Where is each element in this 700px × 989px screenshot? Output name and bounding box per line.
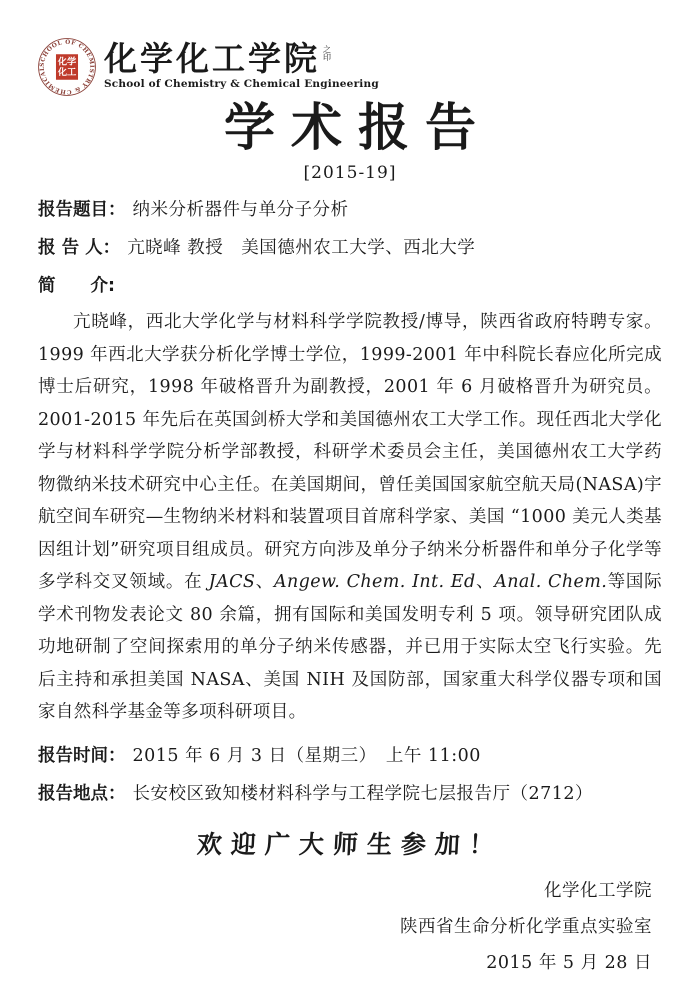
page-title: 学术报告 bbox=[38, 100, 662, 156]
signature-line: 化学化工学院 bbox=[38, 873, 652, 909]
field-time-label: 报告时间： bbox=[38, 742, 126, 767]
journal-name: JACS bbox=[209, 572, 256, 592]
field-speaker-label: 报 告 人： bbox=[38, 234, 120, 259]
intro-text-segment: 、 bbox=[255, 572, 274, 592]
journal-name: Angew. Chem. Int. Ed bbox=[274, 572, 476, 592]
field-place: 报告地点： 长安校区致知楼材料科学与工程学院七层报告厅（2712） bbox=[38, 780, 662, 805]
signature-line: 2015 年 5 月 28 日 bbox=[38, 945, 652, 981]
college-seal-svg: SCHOOL OF CHEMISTRY & CHEMICAL ENGINEERI… bbox=[38, 38, 96, 96]
field-intro: 简 介: bbox=[38, 272, 662, 297]
field-speaker: 报 告 人： 亢晓峰 教授 美国德州农工大学、西北大学 bbox=[38, 234, 662, 259]
intro-text-segment: 等国际学术刊物发表论文 80 余篇，拥有国际和美国发明专利 5 项。领导研究团队… bbox=[38, 572, 662, 722]
field-topic-label: 报告题目： bbox=[38, 196, 126, 221]
college-logo-header: SCHOOL OF CHEMISTRY & CHEMICAL ENGINEERI… bbox=[38, 38, 662, 96]
intro-text-segment: 、 bbox=[476, 572, 495, 592]
intro-paragraph: 亢晓峰，西北大学化学与材料科学学院教授/博导，陕西省政府特聘专家。1999 年西… bbox=[38, 306, 662, 729]
field-speaker-value: 亢晓峰 教授 美国德州农工大学、西北大学 bbox=[127, 234, 475, 259]
field-time: 报告时间： 2015 年 6 月 3 日（星期三） 上午 11:00 bbox=[38, 742, 662, 767]
welcome-line: 欢迎广大师生参加！ bbox=[37, 825, 663, 861]
field-place-label: 报告地点： bbox=[38, 780, 126, 805]
seal-center-text-1: 化学 bbox=[57, 56, 77, 68]
field-place-value: 长安校区致知楼材料科学与工程学院七层报告厅（2712） bbox=[133, 780, 594, 805]
announcement-page: SCHOOL OF CHEMISTRY & CHEMICAL ENGINEERI… bbox=[0, 0, 700, 981]
issue-number: [2015-19] bbox=[38, 163, 662, 183]
college-name-en: School of Chemistry & Chemical Engineeri… bbox=[104, 78, 379, 90]
college-name-cn: 化学化工学院 bbox=[104, 42, 320, 75]
field-intro-label: 简 介: bbox=[38, 272, 115, 297]
signature-block: 化学化工学院陕西省生命分析化学重点实验室2015 年 5 月 28 日 bbox=[38, 873, 662, 981]
calligrapher-seal-mark: 之印 bbox=[323, 46, 333, 62]
seal-center-text-2: 化工 bbox=[57, 66, 77, 78]
journal-name: Anal. Chem. bbox=[494, 572, 607, 592]
intro-text-segment: 亢晓峰，西北大学化学与材料科学学院教授/博导，陕西省政府特聘专家。1999 年西… bbox=[38, 312, 662, 592]
college-logo-text: 化学化工学院 之印 School of Chemistry & Chemical… bbox=[104, 38, 379, 90]
field-time-value: 2015 年 6 月 3 日（星期三） 上午 11:00 bbox=[133, 742, 481, 767]
field-topic-value: 纳米分析器件与单分子分析 bbox=[133, 196, 349, 221]
college-seal-icon: SCHOOL OF CHEMISTRY & CHEMICAL ENGINEERI… bbox=[38, 38, 96, 96]
field-topic: 报告题目： 纳米分析器件与单分子分析 bbox=[38, 196, 662, 221]
signature-line: 陕西省生命分析化学重点实验室 bbox=[38, 909, 652, 945]
